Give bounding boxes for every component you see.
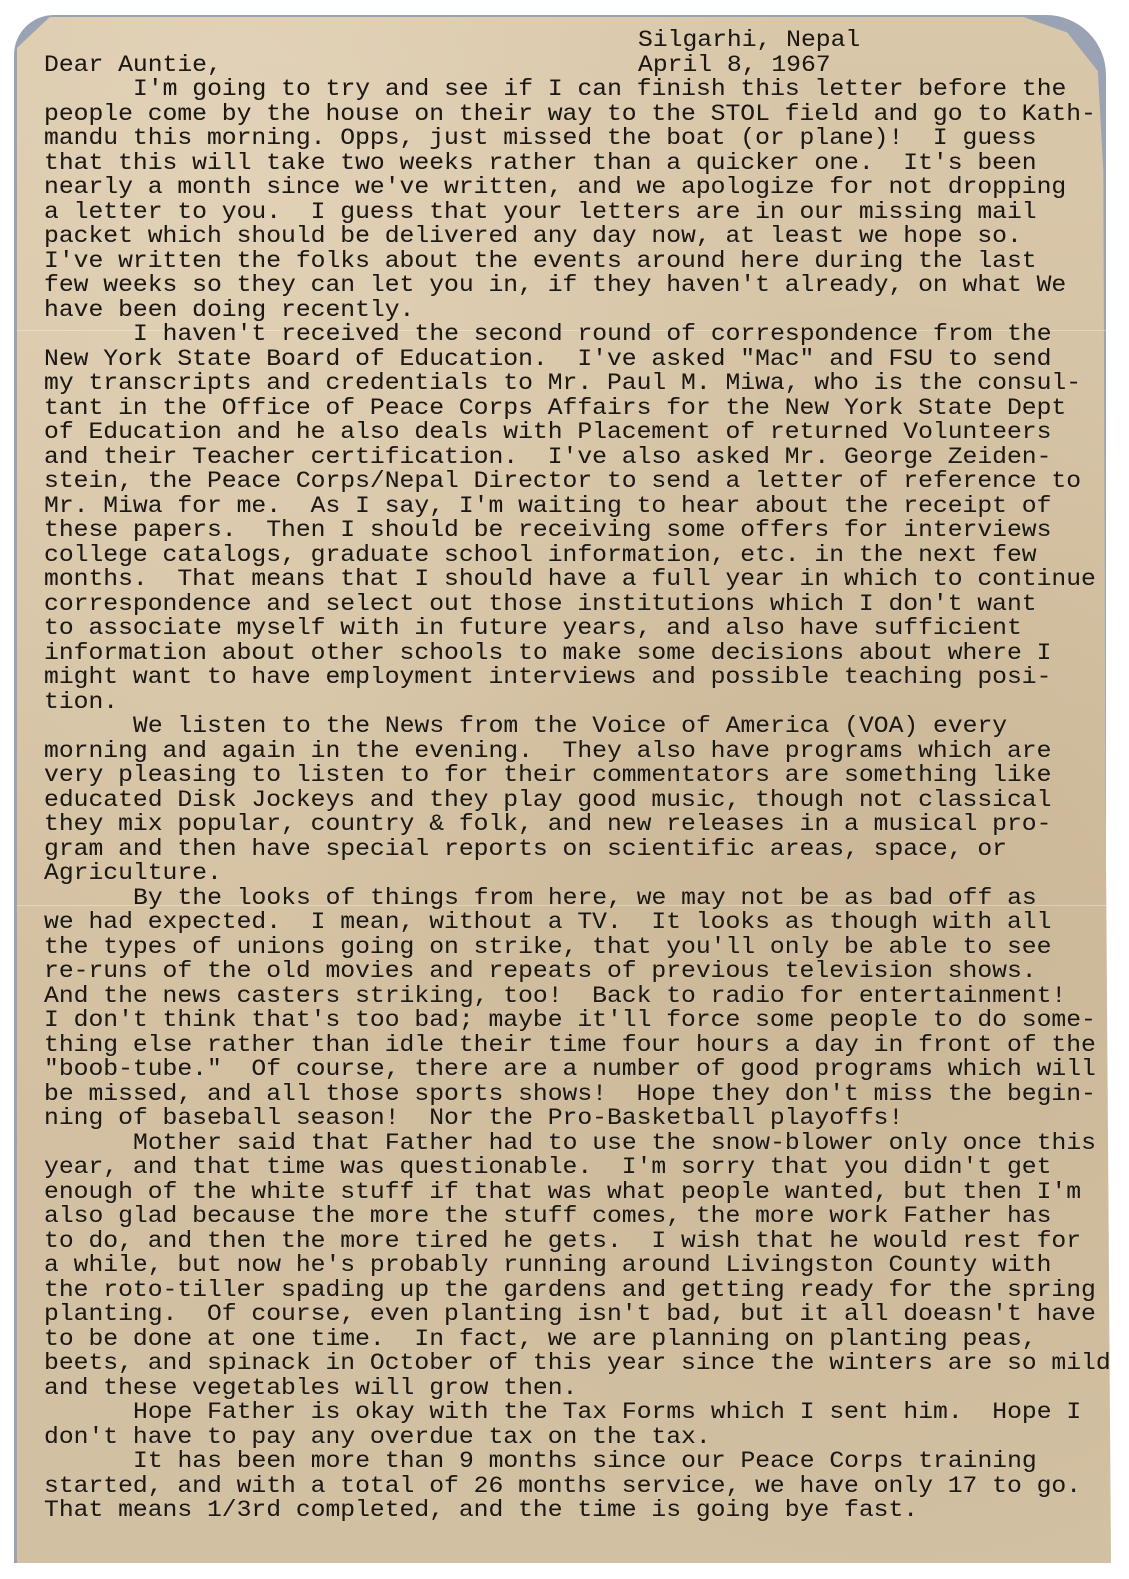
letter-line: also glad because the more the stuff com… <box>44 1204 1051 1229</box>
letter-line: By the looks of things from here, we may… <box>133 886 1037 911</box>
letter-line: college catalogs, graduate school inform… <box>44 543 1037 568</box>
letter-line: information about other schools to make … <box>44 641 1051 666</box>
letter-line: and these vegetables will grow then. <box>44 1376 577 1401</box>
letter-line: to associate myself with in future years… <box>44 616 1022 641</box>
letter-line: nearly a month since we've written, and … <box>44 175 1066 200</box>
letter-line: might want to have employment interviews… <box>44 665 1051 690</box>
letter-line: Agriculture. <box>44 861 222 886</box>
letter-line: I don't think that's too bad; maybe it'l… <box>44 1008 1096 1033</box>
letter-line: a letter to you. I guess that your lette… <box>44 200 1037 225</box>
letter-line: It has been more than 9 months since our… <box>133 1449 1037 1474</box>
letter-line: packet which should be delivered any day… <box>44 224 1022 249</box>
letter-line: we had expected. I mean, without a TV. I… <box>44 910 1051 935</box>
letter-line: months. That means that I should have a … <box>44 567 1096 592</box>
letter-line: thing else rather than idle their time f… <box>44 1033 1096 1058</box>
letter-line: ning of baseball season! Nor the Pro-Bas… <box>44 1106 903 1131</box>
letter-line: these papers. Then I should be receiving… <box>44 518 1051 543</box>
letter-line: have been doing recently. <box>44 298 414 323</box>
letter-line: New York State Board of Education. I've … <box>44 347 1051 372</box>
letter-line: educated Disk Jockeys and they play good… <box>44 788 1051 813</box>
letter-line: to do, and then the more tired he gets. … <box>44 1229 1081 1254</box>
letter-line: to be done at one time. In fact, we are … <box>44 1327 1037 1352</box>
letter-line: re-runs of the old movies and repeats of… <box>44 959 1037 984</box>
letter-line: Mr. Miwa for me. As I say, I'm waiting t… <box>44 494 1051 519</box>
letter-line: be missed, and all those sports shows! H… <box>44 1082 1096 1107</box>
letter-line: people come by the house on their way to… <box>44 102 1096 127</box>
letter-line: We listen to the News from the Voice of … <box>133 714 1007 739</box>
letter-line: That means 1/3rd completed, and the time… <box>44 1498 918 1523</box>
letter-line: tant in the Office of Peace Corps Affair… <box>44 396 1066 421</box>
letter-line: gram and then have special reports on sc… <box>44 837 1007 862</box>
letter-line: my transcripts and credentials to Mr. Pa… <box>44 371 1081 396</box>
letter-line: I haven't received the second round of c… <box>133 322 1052 347</box>
letter-date: April 8, 1967 <box>638 53 831 78</box>
letter-line: "boob-tube." Of course, there are a numb… <box>44 1057 1096 1082</box>
letter-line: the types of unions going on strike, tha… <box>44 935 1051 960</box>
letter-line: correspondence and select out those inst… <box>44 592 1037 617</box>
letter-line: Mother said that Father had to use the s… <box>133 1131 1096 1156</box>
letter-line: very pleasing to listen to for their com… <box>44 763 1051 788</box>
letter-line: the roto-tiller spading up the gardens a… <box>44 1278 1096 1303</box>
letter-line: stein, the Peace Corps/Nepal Director to… <box>44 469 1081 494</box>
letter-line: mandu this morning. Opps, just missed th… <box>44 126 1037 151</box>
letter-line: planting. Of course, even planting isn't… <box>44 1302 1096 1327</box>
letter-salutation: Dear Auntie, <box>44 53 222 78</box>
letter-line: morning and again in the evening. They a… <box>44 739 1051 764</box>
letter-line: enough of the white stuff if that was wh… <box>44 1180 1081 1205</box>
letter-line: I've written the folks about the events … <box>44 249 1037 274</box>
letter-line: and their Teacher certification. I've al… <box>44 445 1051 470</box>
letter-line: year, and that time was questionable. I'… <box>44 1155 1051 1180</box>
letter-line: tion. <box>44 690 118 715</box>
letter-line: of Education and he also deals with Plac… <box>44 420 1051 445</box>
letter-line: that this will take two weeks rather tha… <box>44 151 1037 176</box>
letter-line: don't have to pay any overdue tax on the… <box>44 1425 711 1450</box>
letter-line: started, and with a total of 26 months s… <box>44 1474 1081 1499</box>
letter-line: I'm going to try and see if I can finish… <box>133 77 1066 102</box>
letter-line: few weeks so they can let you in, if the… <box>44 273 1066 298</box>
letter-line: beets, and spinack in October of this ye… <box>44 1351 1111 1376</box>
letter-line: Hope Father is okay with the Tax Forms w… <box>133 1400 1081 1425</box>
letter-line: a while, but now he's probably running a… <box>44 1253 1051 1278</box>
letter-line: they mix popular, country & folk, and ne… <box>44 812 1051 837</box>
letter-line: And the news casters striking, too! Back… <box>44 984 1066 1009</box>
letter-place: Silgarhi, Nepal <box>638 28 860 53</box>
